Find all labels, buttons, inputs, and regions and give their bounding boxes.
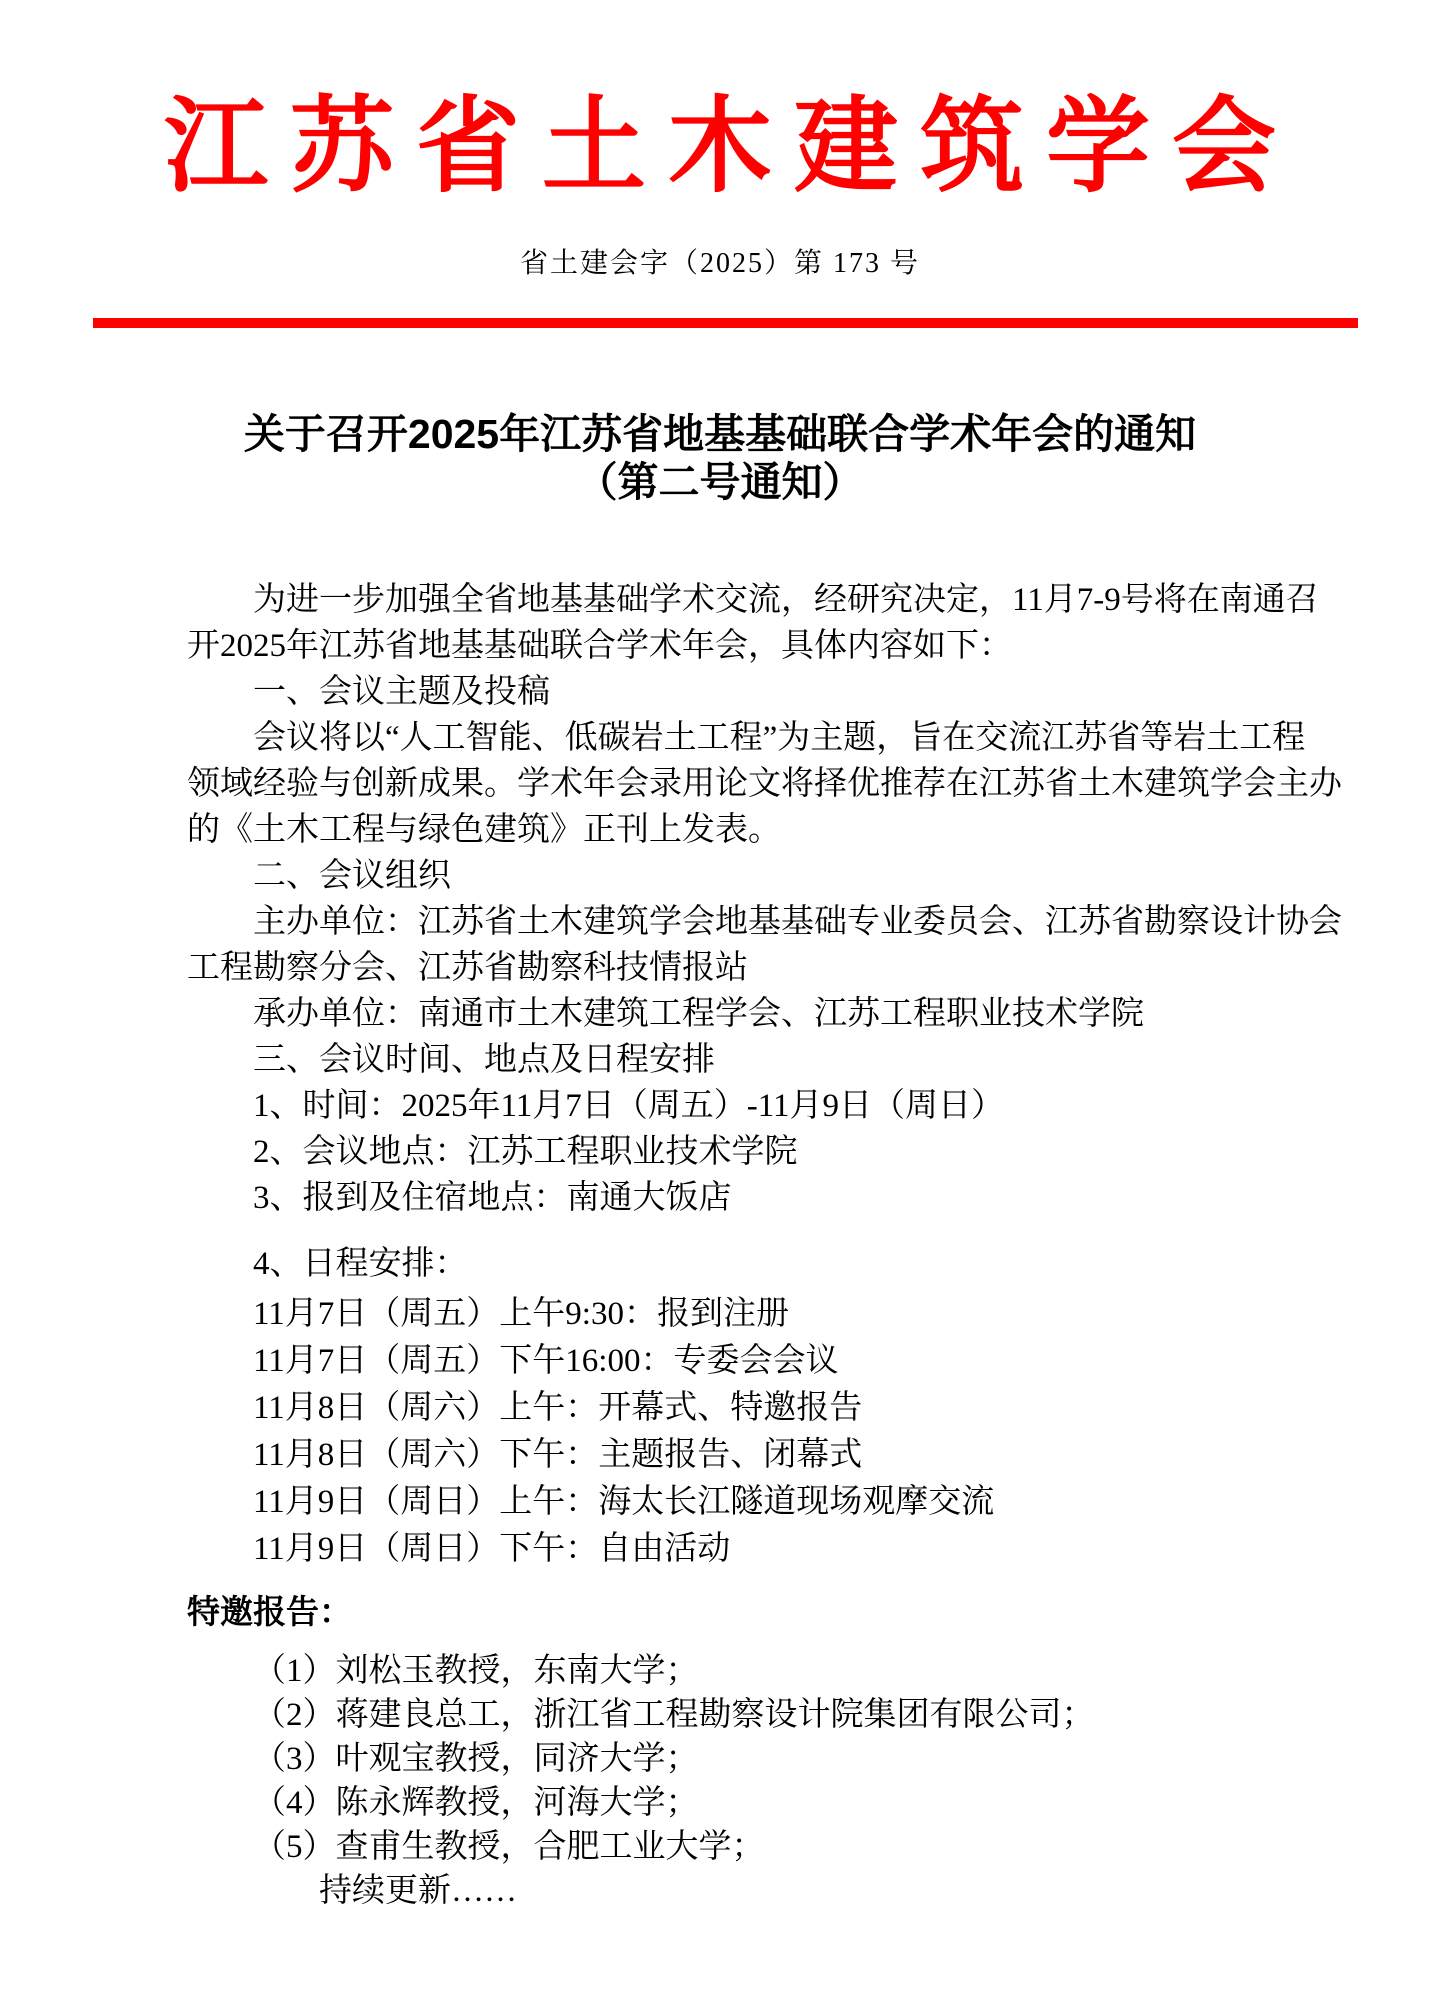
schedule-line: 11月8日（周六）下午：主题报告、闭幕式 xyxy=(187,1432,1253,1479)
document-number: 省土建会字（2025）第 173 号 xyxy=(0,244,1440,284)
schedule-line: 11月9日（周日）上午：海太长江隧道现场观摩交流 xyxy=(187,1479,1253,1526)
notice-title: 关于召开2025年江苏省地基基础联合学术年会的通知 （第二号通知） xyxy=(0,410,1440,506)
section3-item: 2、会议地点：江苏工程职业技术学院 xyxy=(187,1129,1253,1175)
section3-heading: 三、会议时间、地点及日程安排 xyxy=(187,1037,1253,1083)
letterhead-divider-rule xyxy=(93,318,1358,328)
schedule-line: 11月7日（周五）上午9:30：报到注册 xyxy=(187,1291,1253,1338)
schedule-line: 11月8日（周六）上午：开幕式、特邀报告 xyxy=(187,1385,1253,1432)
section2-line: 工程勘察分会、江苏省勘察科技情报站 xyxy=(187,945,1253,991)
notice-title-line2: （第二号通知） xyxy=(0,458,1440,506)
schedule-line: 11月7日（周五）下午16:00：专委会会议 xyxy=(187,1338,1253,1385)
notice-title-line1: 关于召开2025年江苏省地基基础联合学术年会的通知 xyxy=(0,410,1440,458)
more-updates-line: 持续更新…… xyxy=(187,1869,1253,1913)
section1-line: 会议将以“人工智能、低碳岩土工程”为主题，旨在交流江苏省等岩土工程 xyxy=(187,715,1253,761)
speaker-line: （2）蒋建良总工，浙江省工程勘察设计院集团有限公司； xyxy=(187,1693,1253,1737)
invited-reports-heading: 特邀报告： xyxy=(187,1589,1253,1635)
invited-speakers-list: （1）刘松玉教授，东南大学； （2）蒋建良总工，浙江省工程勘察设计院集团有限公司… xyxy=(187,1649,1253,1913)
intro-line: 为进一步加强全省地基基础学术交流，经研究决定，11月7-9号将在南通召 xyxy=(187,577,1253,623)
section1-heading: 一、会议主题及投稿 xyxy=(187,669,1253,715)
speaker-line: （1）刘松玉教授，东南大学； xyxy=(187,1649,1253,1693)
section3-item: 1、时间：2025年11月7日（周五）-11月9日（周日） xyxy=(187,1083,1253,1129)
section2-line: 承办单位：南通市土木建筑工程学会、江苏工程职业技术学院 xyxy=(187,991,1253,1037)
speaker-line: （5）查甫生教授，合肥工业大学； xyxy=(187,1825,1253,1869)
notice-document-page: 江苏省土木建筑学会 省土建会字（2025）第 173 号 关于召开2025年江苏… xyxy=(0,0,1440,2013)
schedule-line: 11月9日（周日）下午：自由活动 xyxy=(187,1526,1253,1573)
schedule-heading: 4、日程安排： xyxy=(187,1241,1253,1287)
letterhead-org-name: 江苏省土木建筑学会 xyxy=(0,92,1440,204)
intro-line: 开2025年江苏省地基基础联合学术年会，具体内容如下： xyxy=(187,623,1253,669)
section2-line: 主办单位：江苏省土木建筑学会地基基础专业委员会、江苏省勘察设计协会 xyxy=(187,899,1253,945)
section3-item: 3、报到及住宿地点：南通大饭店 xyxy=(187,1175,1253,1221)
notice-body: 为进一步加强全省地基基础学术交流，经研究决定，11月7-9号将在南通召 开202… xyxy=(187,577,1253,1913)
schedule-list: 11月7日（周五）上午9:30：报到注册 11月7日（周五）下午16:00：专委… xyxy=(187,1291,1253,1573)
speaker-line: （3）叶观宝教授，同济大学； xyxy=(187,1737,1253,1781)
section1-line: 领域经验与创新成果。学术年会录用论文将择优推荐在江苏省土木建筑学会主办 xyxy=(187,761,1253,807)
speaker-line: （4）陈永辉教授，河海大学； xyxy=(187,1781,1253,1825)
section2-heading: 二、会议组织 xyxy=(187,853,1253,899)
section1-line: 的《土木工程与绿色建筑》正刊上发表。 xyxy=(187,807,1253,853)
